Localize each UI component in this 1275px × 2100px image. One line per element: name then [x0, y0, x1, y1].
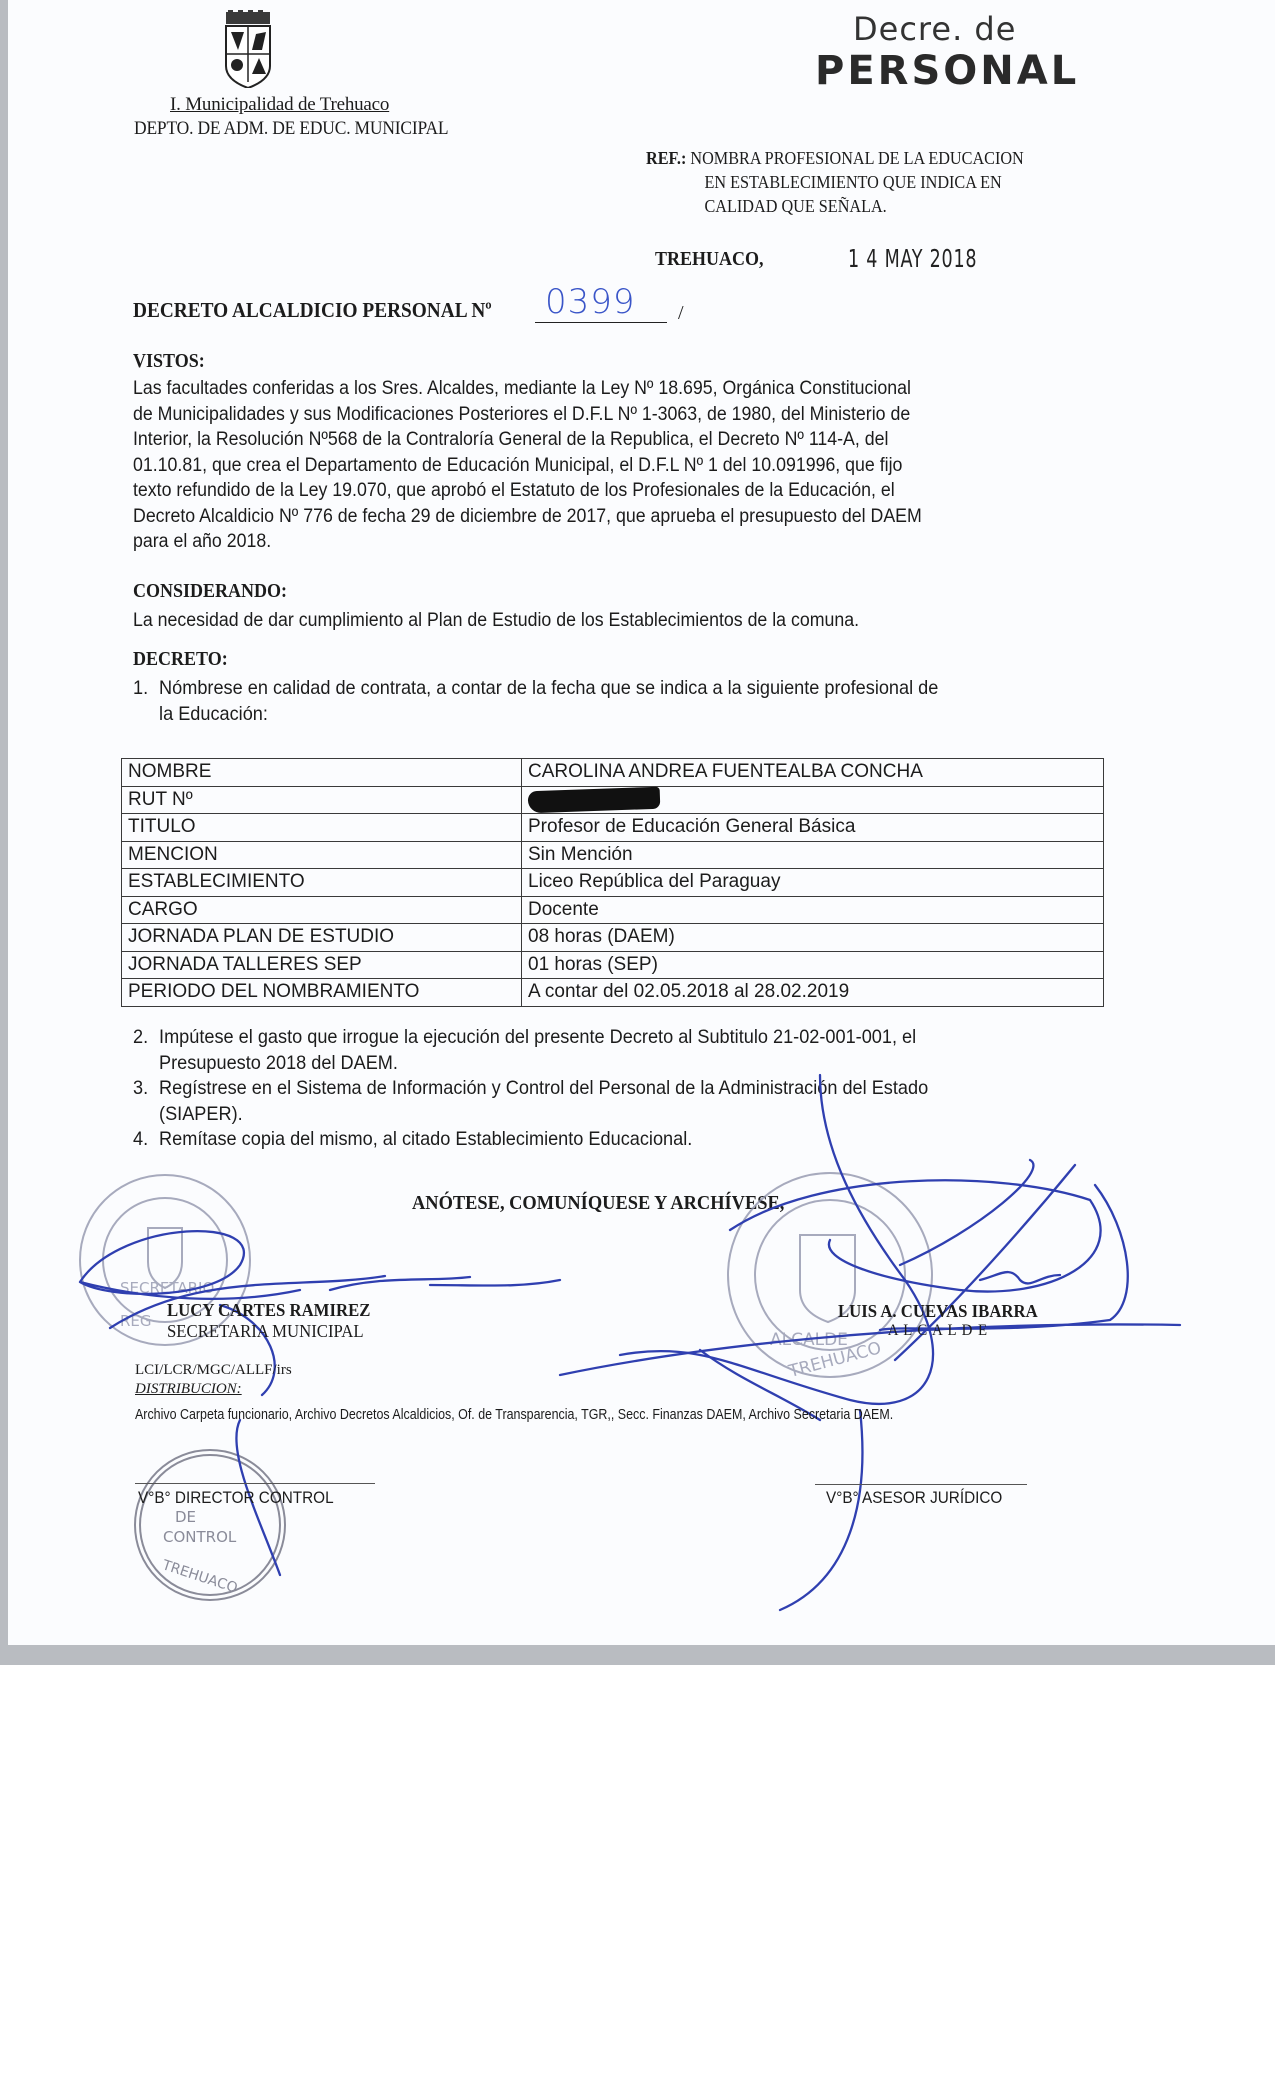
decree-number-handwritten: 0399 — [545, 282, 636, 322]
table-label: CARGO — [122, 896, 522, 924]
distribution-text: Archivo Carpeta funcionario, Archivo Dec… — [135, 1406, 893, 1423]
decree-type-stamp-line1: Decre. de — [853, 10, 1016, 48]
decreto-item-1: 1.Nómbrese en calidad de contrata, a con… — [133, 676, 938, 727]
table-row: TITULOProfesor de Educación General Bási… — [122, 814, 1104, 842]
table-value: 08 horas (DAEM) — [522, 924, 1104, 952]
item-text: Remítase copia del mismo, al citado Esta… — [159, 1128, 692, 1150]
table-row: JORNADA TALLERES SEP01 horas (SEP) — [122, 951, 1104, 979]
initials: LCI/LCR/MGC/ALLF/irs — [135, 1362, 292, 1379]
secretary-signature-block: LUCY CARTES RAMIREZ SECRETARIA MUNICIPAL — [167, 1300, 370, 1342]
secretary-role: SECRETARIA MUNICIPAL — [167, 1321, 370, 1342]
vistos-line: de Municipalidades y sus Modificaciones … — [133, 402, 1067, 428]
item-number: 2. — [133, 1025, 159, 1051]
decreto-item-3: 3.Regístrese en el Sistema de Informació… — [133, 1076, 928, 1127]
secretary-name: LUCY CARTES RAMIREZ — [167, 1300, 370, 1321]
decree-type-stamp-line2: PERSONAL — [815, 48, 1079, 94]
table-value: 01 horas (SEP) — [522, 951, 1104, 979]
redaction-mark — [528, 786, 661, 813]
table-row: MENCIONSin Mención — [122, 841, 1104, 869]
city: TREHUACO, — [655, 248, 764, 271]
reference-block: REF.: NOMBRA PROFESIONAL DE LA EDUCACION… — [646, 146, 1024, 218]
table-value-redacted — [522, 786, 1104, 814]
distribution-label: DISTRIBUCION: — [135, 1381, 242, 1398]
table-label: PERIODO DEL NOMBRAMIENTO — [122, 979, 522, 1007]
vb-control-signature-line — [135, 1483, 375, 1484]
table-label: NOMBRE — [122, 759, 522, 787]
table-value: Sin Mención — [522, 841, 1104, 869]
vistos-line: Las facultades conferidas a los Sres. Al… — [133, 376, 1067, 402]
table-label: JORNADA TALLERES SEP — [122, 951, 522, 979]
closing-formula: ANÓTESE, COMUNÍQUESE Y ARCHÍVESE, — [412, 1192, 784, 1215]
decree-number-label: DECRETO ALCALDICIO PERSONAL Nº — [133, 298, 492, 323]
item-text: la Educación: — [133, 702, 938, 728]
vb-asesor-juridico: V°B° ASESOR JURÍDICO — [826, 1488, 1002, 1508]
table-row: JORNADA PLAN DE ESTUDIO08 horas (DAEM) — [122, 924, 1104, 952]
mayor-signature-block: LUIS A. CUEVAS IBARRA A L C A L D E — [838, 1301, 1038, 1340]
reference-line3: CALIDAD QUE SEÑALA. — [646, 194, 1024, 218]
table-row: ESTABLECIMIENTOLiceo República del Parag… — [122, 869, 1104, 897]
coat-of-arms-icon — [222, 10, 274, 88]
date-stamp: 1 4 MAY 2018 — [848, 244, 977, 273]
item-text: Impútese el gasto que irrogue la ejecuci… — [159, 1026, 916, 1048]
item-text: Presupuesto 2018 del DAEM. — [133, 1051, 928, 1077]
table-value: A contar del 02.05.2018 al 28.02.2019 — [522, 979, 1104, 1007]
decree-number-underline — [535, 322, 667, 323]
table-label: RUT Nº — [122, 786, 522, 814]
department-name: DEPTO. DE ADM. DE EDUC. MUNICIPAL — [134, 118, 448, 140]
table-label: MENCION — [122, 841, 522, 869]
table-value: Liceo República del Paraguay — [522, 869, 1104, 897]
reference-label: REF.: — [646, 148, 686, 168]
mayor-role: A L C A L D E — [838, 1322, 1038, 1340]
reference-line2: EN ESTABLECIMIENTO QUE INDICA EN — [646, 170, 1024, 194]
table-label: JORNADA PLAN DE ESTUDIO — [122, 924, 522, 952]
vistos-line: Interior, la Resolución Nº568 de la Cont… — [133, 427, 1067, 453]
item-number: 3. — [133, 1076, 159, 1102]
appointment-table: NOMBRECAROLINA ANDREA FUENTEALBA CONCHA … — [121, 758, 1104, 1007]
decreto-items: 2.Impútese el gasto que irrogue la ejecu… — [133, 1025, 928, 1153]
considerando-text: La necesidad de dar cumplimiento al Plan… — [133, 608, 1067, 634]
reference-line1: NOMBRA PROFESIONAL DE LA EDUCACION — [690, 148, 1023, 168]
vb-director-control: V°B° DIRECTOR CONTROL — [138, 1488, 334, 1508]
decreto-item-4: 4.Remítase copia del mismo, al citado Es… — [133, 1127, 928, 1153]
item-number: 4. — [133, 1127, 159, 1153]
vistos-line: para el año 2018. — [133, 529, 1067, 555]
table-value: Docente — [522, 896, 1104, 924]
vistos-line: texto refundido de la Ley 19.070, que ap… — [133, 478, 1067, 504]
table-label: TITULO — [122, 814, 522, 842]
table-value: CAROLINA ANDREA FUENTEALBA CONCHA — [522, 759, 1104, 787]
considerando-heading: CONSIDERANDO: — [133, 580, 287, 603]
item-text: (SIAPER). — [133, 1102, 928, 1128]
vb-juridico-signature-line — [815, 1484, 1027, 1485]
item-text: Regístrese en el Sistema de Información … — [159, 1077, 928, 1099]
table-row: NOMBRECAROLINA ANDREA FUENTEALBA CONCHA — [122, 759, 1104, 787]
item-number: 1. — [133, 676, 159, 702]
item-text: Nómbrese en calidad de contrata, a conta… — [159, 677, 938, 699]
table-row: PERIODO DEL NOMBRAMIENTOA contar del 02.… — [122, 979, 1104, 1007]
vistos-line: Decreto Alcaldicio Nº 776 de fecha 29 de… — [133, 504, 1067, 530]
decreto-item-2: 2.Impútese el gasto que irrogue la ejecu… — [133, 1025, 928, 1076]
table-label: ESTABLECIMIENTO — [122, 869, 522, 897]
table-row: CARGODocente — [122, 896, 1104, 924]
decreto-heading: DECRETO: — [133, 648, 228, 671]
table-row: RUT Nº — [122, 786, 1104, 814]
vistos-text: Las facultades conferidas a los Sres. Al… — [133, 376, 1067, 555]
municipality-name: I. Municipalidad de Trehuaco — [170, 94, 389, 116]
mayor-name: LUIS A. CUEVAS IBARRA — [838, 1301, 1038, 1322]
vistos-line: 01.10.81, que crea el Departamento de Ed… — [133, 453, 1067, 479]
vistos-heading: VISTOS: — [133, 350, 205, 373]
decree-number-suffix: / — [678, 302, 684, 325]
table-value: Profesor de Educación General Básica — [522, 814, 1104, 842]
